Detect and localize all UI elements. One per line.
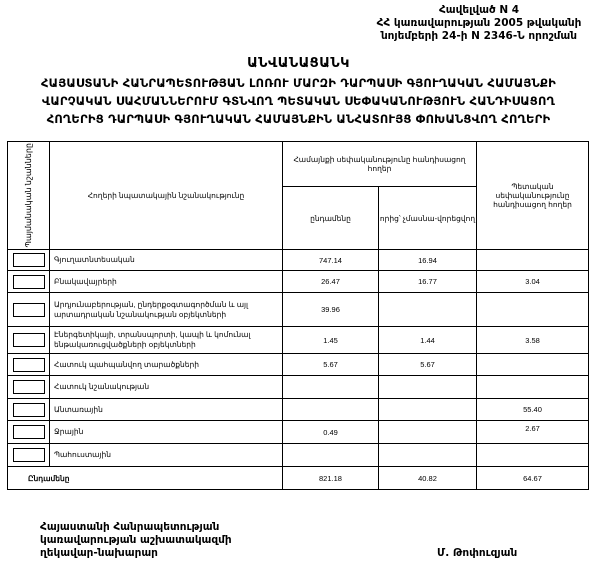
table-row: Արդյունաբերության, ընդերքօգտագործման և ա… bbox=[8, 293, 589, 327]
table-row: Էներգետիկայի, տրանսպորտի, կապի և կոմունա… bbox=[8, 327, 589, 354]
header-code-label: Պայմանական նշանները bbox=[24, 143, 34, 247]
row-total: 747.14 bbox=[283, 250, 379, 271]
row-state: 55.40 bbox=[477, 399, 589, 421]
document-title: ԱՆՎԱՆԱՑԱՆԿ bbox=[0, 56, 597, 71]
row-total bbox=[283, 399, 379, 421]
row-total: 39.96 bbox=[283, 293, 379, 327]
legend-swatch bbox=[13, 303, 45, 317]
row-state bbox=[477, 250, 589, 271]
code-cell bbox=[8, 444, 50, 467]
subtitle-line: ՀՈՂԵՐԻՑ ԴԱՐՊԱՍԻ ԳՅՈՒՂԱԿԱՆ ՀԱՄԱՅՆՔԻՆ ԱՆՀԱ… bbox=[0, 110, 597, 128]
position-line: կառավարության աշխատակազմի bbox=[40, 534, 232, 547]
row-state bbox=[477, 444, 589, 467]
header-of-which: որից՝ չմասնա-վորեցվող bbox=[379, 187, 477, 250]
row-state bbox=[477, 293, 589, 327]
legend-swatch bbox=[13, 448, 45, 462]
code-cell bbox=[8, 250, 50, 271]
totals-label: Ընդամենը bbox=[8, 467, 283, 490]
table-row: Ջրային 0.49 2.67 bbox=[8, 421, 589, 444]
row-name: Ջրային bbox=[50, 421, 283, 444]
row-name: Հատուկ պահպանվող տարածքների bbox=[50, 354, 283, 376]
row-state: 2.67 bbox=[477, 421, 589, 444]
table-row: Հատուկ պահպանվող տարածքների 5.67 5.67 bbox=[8, 354, 589, 376]
row-of-which bbox=[379, 399, 477, 421]
position-line: ղեկավար-նախարար bbox=[40, 547, 232, 560]
subtitle-line: ՀԱՅԱՍՏԱՆԻ ՀԱՆՐԱՊԵՏՈՒԹՅԱՆ ԼՈՌՈՒ ՄԱՐԶԻ ԴԱՐ… bbox=[0, 74, 597, 92]
signatory-name: Մ. Թոփուզյան bbox=[437, 547, 517, 559]
row-state bbox=[477, 376, 589, 399]
row-total: 26.47 bbox=[283, 271, 379, 293]
row-total bbox=[283, 376, 379, 399]
totals-state: 64.67 bbox=[477, 467, 589, 490]
row-of-which bbox=[379, 376, 477, 399]
row-name: Պահուստային bbox=[50, 444, 283, 467]
row-of-which bbox=[379, 421, 477, 444]
row-state bbox=[477, 354, 589, 376]
subtitle-line: ՎԱՐՉԱԿԱՆ ՍԱՀՄԱՆՆԵՐՈՒՄ ԳՏՆՎՈՂ ՊԵՏԱԿԱՆ ՍԵՓ… bbox=[0, 92, 597, 110]
signatory-position: Հայաստանի Հանրապետության կառավարության ա… bbox=[40, 521, 232, 560]
code-cell bbox=[8, 376, 50, 399]
code-cell bbox=[8, 421, 50, 444]
header-code: Պայմանական նշանները bbox=[8, 142, 50, 250]
code-cell bbox=[8, 327, 50, 354]
row-name: Անտառային bbox=[50, 399, 283, 421]
header-state: Պետական սեփականությունը հանդիսացող հողեր bbox=[477, 142, 589, 250]
row-name: Արդյունաբերության, ընդերքօգտագործման և ա… bbox=[50, 293, 283, 327]
totals-row: Ընդամենը 821.18 40.82 64.67 bbox=[8, 467, 589, 490]
header-total: ընդամենը bbox=[283, 187, 379, 250]
table-row: Անտառային 55.40 bbox=[8, 399, 589, 421]
annex-decision: ՀՀ կառավարության 2005 թվականի bbox=[369, 17, 589, 30]
row-state: 3.58 bbox=[477, 327, 589, 354]
header-community: Համայնքի սեփականությունը հանդիսացող հողե… bbox=[283, 142, 477, 187]
row-total: 1.45 bbox=[283, 327, 379, 354]
position-line: Հայաստանի Հանրապետության bbox=[40, 521, 232, 534]
code-cell bbox=[8, 399, 50, 421]
row-name: Բնակավայրերի bbox=[50, 271, 283, 293]
row-name: Գյուղատնտեսական bbox=[50, 250, 283, 271]
land-table: Պայմանական նշանները Հողերի նպատակային նշ… bbox=[7, 141, 589, 490]
legend-swatch bbox=[13, 403, 45, 417]
totals-of-which: 40.82 bbox=[379, 467, 477, 490]
annex-date: նոյեմբերի 24-ի N 2346-Ն որոշման bbox=[369, 30, 589, 43]
legend-swatch bbox=[13, 358, 45, 372]
row-of-which bbox=[379, 444, 477, 467]
row-total bbox=[283, 444, 379, 467]
row-name: Էներգետիկայի, տրանսպորտի, կապի և կոմունա… bbox=[50, 327, 283, 354]
row-of-which bbox=[379, 293, 477, 327]
legend-swatch bbox=[13, 275, 45, 289]
code-cell bbox=[8, 271, 50, 293]
row-total: 0.49 bbox=[283, 421, 379, 444]
legend-swatch bbox=[13, 253, 45, 267]
code-cell bbox=[8, 354, 50, 376]
row-total: 5.67 bbox=[283, 354, 379, 376]
row-of-which: 5.67 bbox=[379, 354, 477, 376]
legend-swatch bbox=[13, 380, 45, 394]
header-name: Հողերի նպատակային նշանակությունը bbox=[50, 142, 283, 250]
totals-total: 821.18 bbox=[283, 467, 379, 490]
row-of-which: 16.94 bbox=[379, 250, 477, 271]
table-row: Բնակավայրերի 26.47 16.77 3.04 bbox=[8, 271, 589, 293]
table-row: Պահուստային bbox=[8, 444, 589, 467]
annex-reference: Հավելված N 4 ՀՀ կառավարության 2005 թվակա… bbox=[369, 4, 589, 43]
legend-swatch bbox=[13, 425, 45, 439]
row-of-which: 1.44 bbox=[379, 327, 477, 354]
annex-number: Հավելված N 4 bbox=[369, 4, 589, 17]
legend-swatch bbox=[13, 333, 45, 347]
table-row: Գյուղատնտեսական 747.14 16.94 bbox=[8, 250, 589, 271]
document-subtitle: ՀԱՅԱՍՏԱՆԻ ՀԱՆՐԱՊԵՏՈՒԹՅԱՆ ԼՈՌՈՒ ՄԱՐԶԻ ԴԱՐ… bbox=[0, 74, 597, 128]
row-state: 3.04 bbox=[477, 271, 589, 293]
table-row: Հատուկ նշանակության bbox=[8, 376, 589, 399]
row-of-which: 16.77 bbox=[379, 271, 477, 293]
row-name: Հատուկ նշանակության bbox=[50, 376, 283, 399]
code-cell bbox=[8, 293, 50, 327]
